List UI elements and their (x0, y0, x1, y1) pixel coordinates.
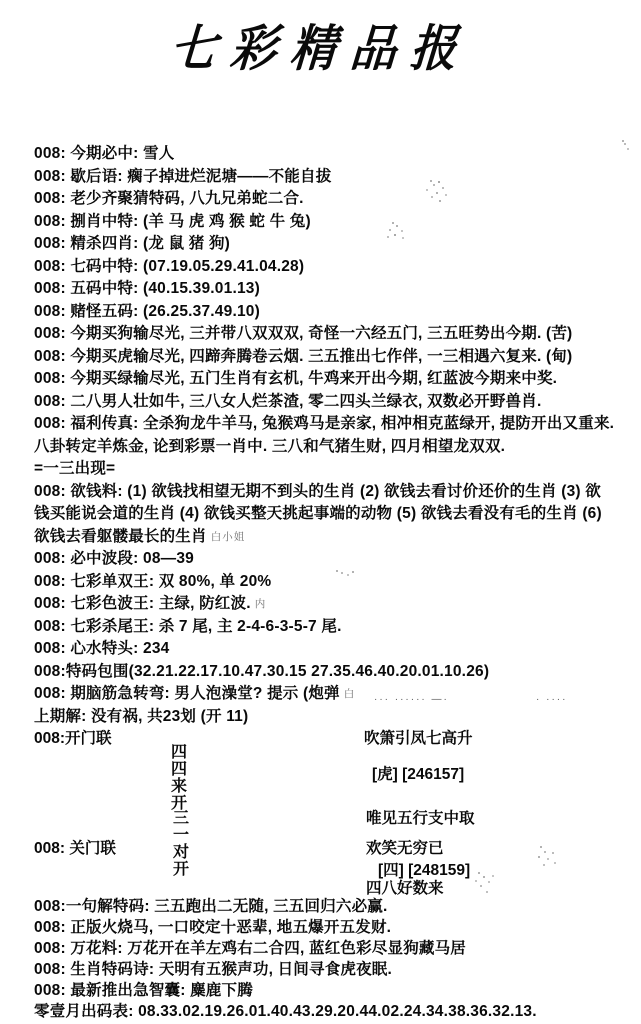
report-line-text: 零壹月出码表: 08.33.02.19.26.01.40.43.29.20.44… (34, 1003, 537, 1020)
scanned-report-page: 七彩精品报 008: 今期必中: 雪人008: 歇后语: 瘸子掉进烂泥塘——不能… (0, 0, 641, 1024)
report-line: 008: 歇后语: 瘸子掉进烂泥塘——不能自拔 (34, 166, 636, 189)
report-line: 008: 七彩杀尾王: 杀 7 尾, 主 2-4-6-3-5-7 尾. (34, 616, 636, 639)
scan-dots-mark: ··· ······ —· (374, 694, 449, 705)
report-line-text: 008: 今期买狗输尽光, 三并带八双双双, 奇怪一六经五门, 三五旺势出今期.… (34, 325, 572, 342)
scan-dots-mark: · ···· (536, 694, 567, 705)
report-line: 008: 七彩单双王: 双 80%, 单 20% (34, 571, 636, 594)
report-line-text: 钱买能说会道的生肖 (4) 欲钱买整天挑起事端的动物 (5) 欲钱去看没有毛的生… (34, 505, 602, 522)
report-line-text: 008: 精杀四肖: (龙 鼠 猪 狗) (34, 235, 230, 252)
report-line-text: 008: 今期买绿输尽光, 五门生肖有玄机, 牛鸡来开出今期, 红蓝波今期来中奖… (34, 370, 557, 387)
opening-couplet-code: [虎] [246157] (372, 762, 464, 784)
report-line-text: 008: 生肖特码诗: 天明有五猴声功, 日间寻食虎夜眠. (34, 961, 392, 978)
report-line: 008: 捌肖中特: (羊 马 虎 鸡 猴 蛇 牛 兔) (34, 211, 636, 234)
scan-noise-mark (336, 570, 338, 572)
report-line: 008: 欲钱料: (1) 欲钱找相望无期不到头的生肖 (2) 欲钱去看讨价还价… (34, 481, 636, 504)
report-line-text: 008: 必中波段: 08—39 (34, 550, 194, 567)
report-line: 欲钱去看躯髅最长的生肖白小姐 (34, 526, 636, 549)
report-line: 零壹月出码表: 08.33.02.19.26.01.40.43.29.20.44… (34, 1001, 636, 1022)
report-line-text: 008: 欲钱料: (1) 欲钱找相望无期不到头的生肖 (2) 欲钱去看讨价还价… (34, 483, 601, 500)
report-line-text: 008: 今期买虎输尽光, 四蹄奔腾卷云烟. 三五推出七作伴, 一三相遇六复来.… (34, 348, 572, 365)
report-line-text: 008: 心水特头: 234 (34, 640, 169, 657)
report-line-text: 008:一句解特码: 三五跑出二无随, 三五回归六必赢. (34, 898, 388, 915)
small-annotation: 白小姐 (211, 531, 246, 543)
report-line-text: 欲钱去看躯髅最长的生肖 (34, 528, 207, 545)
report-line: 008: 福利传真: 全杀狗龙牛羊马, 兔猴鸡马是亲家, 相冲相克蓝绿开, 提防… (34, 413, 636, 436)
report-line: 008: 心水特头: 234 (34, 638, 636, 661)
report-line: 008: 今期买虎输尽光, 四蹄奔腾卷云烟. 三五推出七作伴, 一三相遇六复来.… (34, 346, 636, 369)
report-footer-lines: 008:一句解特码: 三五跑出二无随, 三五回归六必赢.008: 正版火烧马, … (34, 896, 636, 1022)
report-line-text: 八卦转定羊炼金, 论到彩票一肖中. 三八和气猪生财, 四月相望龙双双. (34, 438, 505, 455)
opening-couplet-label: 008:开门联 (34, 726, 112, 748)
report-line-text: 008: 赌怪五码: (26.25.37.49.10) (34, 303, 260, 320)
report-line: 008: 七彩色波王: 主绿, 防红波.内 (34, 593, 636, 616)
report-line-text: 上期解: 没有祸, 共23划 (开 11) (34, 708, 248, 725)
closing-couplet-right-text: 欢笑无穷已 (366, 836, 444, 858)
closing-couplet-vertical-text: 三一对开 (172, 810, 190, 878)
report-line: 008: 万花料: 万花开在羊左鸡右二合四, 蓝红色彩尽显狗藏马居 (34, 938, 636, 959)
report-line-text: 008:特码包围(32.21.22.17.10.47.30.15 27.35.4… (34, 663, 489, 680)
report-line: 上期解: 没有祸, 共23划 (开 11) (34, 706, 636, 729)
report-line: 008: 七码中特: (07.19.05.29.41.04.28) (34, 256, 636, 279)
report-line: 钱买能说会道的生肖 (4) 欲钱买整天挑起事端的动物 (5) 欲钱去看没有毛的生… (34, 503, 636, 526)
report-line-text: 008: 七彩单双王: 双 80%, 单 20% (34, 573, 271, 590)
report-line-text: 008: 七码中特: (07.19.05.29.41.04.28) (34, 258, 304, 275)
report-body-lines: 008: 今期必中: 雪人008: 歇后语: 瘸子掉进烂泥塘——不能自拔008:… (34, 143, 636, 728)
scan-noise-mark (430, 180, 432, 182)
report-masthead-title: 七彩精品报 (0, 9, 641, 80)
report-line-text: 008: 捌肖中特: (羊 马 虎 鸡 猴 蛇 牛 兔) (34, 213, 311, 230)
small-annotation: 内 (255, 598, 267, 610)
report-line-text: 008: 期脑筋急转弯: 男人泡澡堂? 提示 (炮弹 (34, 685, 340, 702)
report-line: 008:一句解特码: 三五跑出二无随, 三五回归六必赢. (34, 896, 636, 917)
couplet-section: 008:开门联 吹箫引凤七高升 四四来开 [虎] [246157] 唯见五行支中… (0, 726, 641, 897)
report-line: 008: 五码中特: (40.15.39.01.13) (34, 278, 636, 301)
report-line-text: 008: 歇后语: 瘸子掉进烂泥塘——不能自拔 (34, 168, 331, 185)
report-line: =一三出现= (34, 458, 636, 481)
report-line: 008:特码包围(32.21.22.17.10.47.30.15 27.35.4… (34, 661, 636, 684)
scan-noise-mark (622, 140, 624, 142)
report-line: 008: 今期买狗输尽光, 三并带八双双双, 奇怪一六经五门, 三五旺势出今期.… (34, 323, 636, 346)
report-line: 008: 最新推出急智囊: 麋鹿下腾 (34, 980, 636, 1001)
report-line: 008: 今期必中: 雪人 (34, 143, 636, 166)
report-line-text: 008: 二八男人壮如牛, 三八女人烂茶渣, 零二四头兰绿衣, 双数必开野兽肖. (34, 393, 541, 410)
opening-couplet-right-text: 吹箫引凤七高升 (364, 726, 473, 748)
closing-couplet-label: 008: 关门联 (34, 836, 116, 858)
report-line-text: 008: 七彩杀尾王: 杀 7 尾, 主 2-4-6-3-5-7 尾. (34, 618, 342, 635)
report-line-text: 008: 正版火烧马, 一口咬定十恶辈, 地五爆开五发财. (34, 919, 391, 936)
small-annotation: 白 (344, 688, 356, 700)
scan-noise-mark (478, 872, 480, 874)
report-line-text: 008: 最新推出急智囊: 麋鹿下腾 (34, 982, 253, 999)
report-line: 008: 必中波段: 08—39 (34, 548, 636, 571)
report-line-text: 008: 今期必中: 雪人 (34, 145, 174, 162)
report-line-text: 008: 万花料: 万花开在羊左鸡右二合四, 蓝红色彩尽显狗藏马居 (34, 940, 466, 957)
report-line: 008: 赌怪五码: (26.25.37.49.10) (34, 301, 636, 324)
report-line: 008: 生肖特码诗: 天明有五猴声功, 日间寻食虎夜眠. (34, 959, 636, 980)
report-line: 008: 今期买绿输尽光, 五门生肖有玄机, 牛鸡来开出今期, 红蓝波今期来中奖… (34, 368, 636, 391)
scan-noise-mark (392, 222, 394, 224)
report-line-text: 008: 老少齐聚猜特码, 八九兄弟蛇二合. (34, 190, 304, 207)
report-line-text: 008: 七彩色波王: 主绿, 防红波. (34, 595, 251, 612)
report-line: 008: 老少齐聚猜特码, 八九兄弟蛇二合. (34, 188, 636, 211)
couplet-middle-line: 唯见五行支中取 (366, 806, 475, 828)
report-line-text: 008: 福利传真: 全杀狗龙牛羊马, 兔猴鸡马是亲家, 相冲相克蓝绿开, 提防… (34, 415, 614, 432)
scan-noise-mark (540, 846, 542, 848)
report-line-text: 008: 五码中特: (40.15.39.01.13) (34, 280, 260, 297)
report-line: 008: 正版火烧马, 一口咬定十恶辈, 地五爆开五发财. (34, 917, 636, 938)
report-line: 008: 二八男人壮如牛, 三八女人烂茶渣, 零二四头兰绿衣, 双数必开野兽肖. (34, 391, 636, 414)
opening-couplet-vertical-text: 四四来开 (170, 744, 188, 812)
closing-couplet-note: 四八好数来 (366, 876, 444, 898)
report-line-text: =一三出现= (34, 460, 115, 477)
report-line: 008: 精杀四肖: (龙 鼠 猪 狗) (34, 233, 636, 256)
report-line: 八卦转定羊炼金, 论到彩票一肖中. 三八和气猪生财, 四月相望龙双双. (34, 436, 636, 459)
